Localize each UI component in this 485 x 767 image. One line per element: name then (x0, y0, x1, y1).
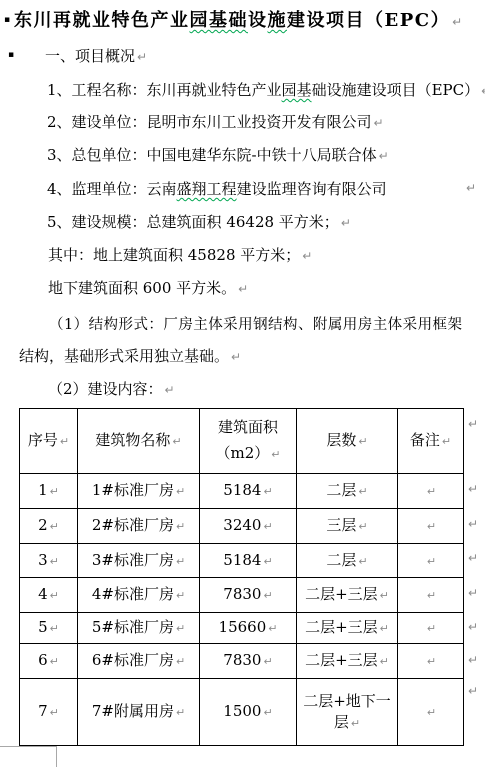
cell-name[interactable]: 2#标准厂房↵ (78, 509, 200, 544)
cell-text: 1 (38, 481, 48, 499)
cell-text: 3 (38, 551, 48, 569)
cell-mark-icon: ↵ (176, 706, 185, 719)
paragraph-text: 3、总包单位：中国电建华东院-中铁十八局联合体 (47, 146, 377, 164)
cell-mark-icon: ↵ (263, 520, 272, 533)
row-end-mark-icon: ↵ (468, 551, 478, 565)
cell-mark-icon: ↵ (427, 706, 436, 719)
cell-no[interactable]: 2↵ (20, 509, 78, 544)
cell-floors[interactable]: 二层↵ (297, 544, 398, 578)
paragraph-text: 2、建设单位：昆明市东川工业投资开发有限公司 (47, 113, 372, 131)
cell-text: 4 (38, 585, 48, 603)
cell-text: 6#标准厂房 (92, 651, 174, 669)
cell-text: 3240 (223, 516, 261, 534)
table-row: 3↵ 3#标准厂房↵ 5184↵ 二层↵ ↵ (20, 544, 464, 578)
cell-floors[interactable]: 二层+三层↵ (297, 644, 398, 679)
cell-text: 5 (38, 618, 48, 636)
header-text: 建筑物名称 (95, 431, 170, 449)
cell-mark-icon: ↵ (380, 622, 389, 635)
cell-text: 7#附属用房 (92, 702, 174, 720)
row-end-mark-icon: ↵ (468, 653, 478, 667)
paragraph-above-ground-area: 其中：地上建筑面积 45828 平方米；↵ (48, 244, 312, 267)
cell-mark-icon: ↵ (176, 655, 185, 668)
cell-area[interactable]: 5184↵ (200, 544, 297, 578)
cell-mark-icon: ↵ (268, 622, 277, 635)
cell-area[interactable]: 15660↵ (200, 613, 297, 644)
cell-name[interactable]: 6#标准厂房↵ (78, 644, 200, 679)
cell-note[interactable]: ↵ (398, 578, 464, 613)
cell-mark-icon: ↵ (358, 485, 367, 498)
cell-name[interactable]: 4#标准厂房↵ (78, 578, 200, 613)
row-end-mark-icon: ↵ (468, 482, 478, 496)
paragraph-text: 1、工程名称：东川再就业特色产业 (47, 81, 282, 99)
row-end-mark-icon: ↵ (468, 586, 478, 600)
cell-note[interactable]: ↵ (398, 474, 464, 509)
cell-mark-icon: ↵ (427, 655, 436, 668)
cell-note[interactable]: ↵ (398, 644, 464, 679)
table-row: 1↵ 1#标准厂房↵ 5184↵ 二层↵ ↵ (20, 474, 464, 509)
cell-text: 2#标准厂房 (92, 516, 174, 534)
cell-mark-icon: ↵ (263, 485, 272, 498)
table-header-row: 序号↵ 建筑物名称↵ 建筑面积（m2）↵ 层数↵ 备注↵ (20, 409, 464, 474)
paragraph-mark-icon: ↵ (341, 216, 351, 230)
cell-area[interactable]: 5184↵ (200, 474, 297, 509)
cell-mark-icon: ↵ (50, 589, 59, 602)
header-text: 序号 (28, 431, 58, 449)
paragraph-mark-icon: ↵ (165, 383, 175, 397)
header-cell-floors[interactable]: 层数↵ (297, 409, 398, 474)
paragraph-structure-line2: 结构，基础形式采用独立基础。↵ (19, 345, 241, 368)
cell-name[interactable]: 1#标准厂房↵ (78, 474, 200, 509)
cell-floors[interactable]: 三层↵ (297, 509, 398, 544)
cell-note[interactable]: ↵ (398, 544, 464, 578)
cell-mark-icon: ↵ (50, 622, 59, 635)
header-text: 层数 (326, 431, 356, 449)
paragraph-mark-icon: ↵ (302, 249, 312, 263)
header-cell-name[interactable]: 建筑物名称↵ (78, 409, 200, 474)
paragraph-mark-icon: ↵ (238, 282, 248, 296)
cell-mark-icon: ↵ (50, 520, 59, 533)
cell-mark-icon: ↵ (263, 655, 272, 668)
cell-floors[interactable]: 二层+三层↵ (297, 613, 398, 644)
cell-mark-icon: ↵ (358, 555, 367, 568)
cell-mark-icon: ↵ (50, 655, 59, 668)
cell-name[interactable]: 7#附属用房↵ (78, 679, 200, 746)
paragraph-text: 结构，基础形式采用独立基础。 (19, 347, 229, 365)
header-cell-note[interactable]: 备注↵ (398, 409, 464, 474)
paragraph-mark-icon: ↵ (452, 15, 462, 29)
paragraph-scale: 5、建设规模：总建筑面积 46428 平方米；↵ (47, 211, 351, 234)
cell-mark-icon: ↵ (172, 435, 181, 448)
cell-text: 3#标准厂房 (92, 551, 174, 569)
paragraph-text: 其中：地上建筑面积 45828 平方米； (48, 246, 300, 264)
cell-mark-icon: ↵ (271, 448, 280, 461)
cell-mark-icon: ↵ (176, 555, 185, 568)
paragraph-text: 建设监理咨询有限公司 (237, 180, 387, 198)
cell-mark-icon: ↵ (60, 435, 69, 448)
cell-mark-icon: ↵ (351, 717, 360, 730)
paragraph-mark-icon: ↵ (137, 50, 147, 64)
paragraph-mark-icon: ↵ (374, 116, 384, 130)
cell-mark-icon: ↵ (50, 485, 59, 498)
cell-mark-icon: ↵ (50, 706, 59, 719)
header-cell-area[interactable]: 建筑面积（m2）↵ (200, 409, 297, 474)
paragraph-contractor-unit: 3、总包单位：中国电建华东院-中铁十八局联合体↵ (47, 144, 389, 167)
keep-with-next-square-icon: ▪ (4, 16, 10, 25)
paragraph-structure-line1: （1）结构形式：厂房主体采用钢结构、附属用房主体采用框架 (49, 314, 462, 336)
cell-name[interactable]: 5#标准厂房↵ (78, 613, 200, 644)
paragraph-text: （1）结构形式：厂房主体采用钢结构、附属用房主体采用框架 (49, 317, 462, 333)
paragraph-below-ground-area: 地下建筑面积 600 平方米。↵ (48, 277, 248, 300)
cell-mark-icon: ↵ (263, 555, 272, 568)
cell-mark-icon: ↵ (380, 655, 389, 668)
cell-name[interactable]: 3#标准厂房↵ (78, 544, 200, 578)
title-text: 设 (248, 10, 268, 31)
cell-mark-icon: ↵ (358, 520, 367, 533)
cell-note[interactable]: ↵ (398, 679, 464, 746)
paragraph-text: （2）建设内容： (48, 380, 163, 398)
buildings-table-wrap: 序号↵ 建筑物名称↵ 建筑面积（m2）↵ 层数↵ 备注↵ 1↵ 1#标准厂房↵ … (19, 408, 481, 748)
cell-no[interactable]: 4↵ (20, 578, 78, 613)
paragraph-owner-unit: 2、建设单位：昆明市东川工业投资开发有限公司↵ (47, 111, 384, 134)
paragraph-text: 地下建筑面积 600 平方米。 (48, 279, 236, 297)
cell-mark-icon: ↵ (380, 589, 389, 602)
row-end-mark-icon: ↵ (468, 517, 478, 531)
cell-area[interactable]: 1500↵ (200, 679, 297, 746)
cell-floors[interactable]: 二层+地下一层↵ (297, 679, 398, 746)
cell-mark-icon: ↵ (176, 485, 185, 498)
paragraph-mark-icon: ↵ (466, 181, 476, 195)
cell-mark-icon: ↵ (427, 520, 436, 533)
row-end-mark-icon: ↵ (468, 417, 478, 431)
row-end-mark-icon: ↵ (468, 684, 478, 698)
title-text: 东川再就业特色产业 (14, 10, 190, 31)
cell-text: 二层 (326, 551, 356, 569)
cell-text: 二层+地下一层 (303, 692, 391, 731)
cell-text: 二层 (326, 481, 356, 499)
cell-text: 6 (38, 651, 48, 669)
cell-text: 1#标准厂房 (92, 481, 174, 499)
paragraph-mark-icon: ↵ (231, 350, 241, 364)
page-margin-cropmark-horizontal (0, 746, 57, 747)
header-text: （m2） (216, 444, 270, 462)
cell-mark-icon: ↵ (427, 555, 436, 568)
paragraph-text-misspelled: 盛翔工程 (177, 180, 237, 198)
table-row: 4↵ 4#标准厂房↵ 7830↵ 二层+三层↵ ↵ (20, 578, 464, 613)
cell-area[interactable]: 3240↵ (200, 509, 297, 544)
cell-text: 7830 (223, 651, 261, 669)
section-heading-overview: 一、项目概况↵ (45, 45, 147, 68)
cell-text: 三层 (326, 516, 356, 534)
cell-note[interactable]: ↵ (398, 613, 464, 644)
cell-mark-icon: ↵ (427, 589, 436, 602)
table-row: 2↵ 2#标准厂房↵ 3240↵ 三层↵ ↵ (20, 509, 464, 544)
cell-text: 7830 (223, 585, 261, 603)
cell-text: 4#标准厂房 (92, 585, 174, 603)
heading-text: 一、项目概况 (45, 47, 135, 65)
cell-mark-icon: ↵ (427, 622, 436, 635)
title-text-misspelled: 园基础 (190, 10, 249, 31)
cell-text: 2 (38, 516, 48, 534)
cell-mark-icon: ↵ (442, 435, 451, 448)
cell-mark-icon: ↵ (427, 485, 436, 498)
cell-text: 二层+三层 (305, 651, 378, 669)
cell-text: 5184 (223, 551, 261, 569)
title-text-misspelled: 施 (268, 10, 288, 31)
cell-no[interactable]: 3↵ (20, 544, 78, 578)
paragraph-text: 础设施建设项目（EPC） (312, 81, 480, 99)
cell-text: 1500 (223, 702, 261, 720)
table-row: 7↵ 7#附属用房↵ 1500↵ 二层+地下一层↵ ↵ (20, 679, 464, 746)
cell-no[interactable]: 5↵ (20, 613, 78, 644)
cell-mark-icon: ↵ (358, 435, 367, 448)
paragraph-text: 4、监理单位：云南 (47, 180, 177, 198)
paragraph-supervisor-unit: 4、监理单位：云南盛翔工程建设监理咨询有限公司 (47, 178, 387, 200)
cell-text: 5184 (223, 481, 261, 499)
paragraph-text: 5、建设规模：总建筑面积 46428 平方米； (47, 213, 339, 231)
cell-mark-icon: ↵ (263, 589, 272, 602)
cell-area[interactable]: 7830↵ (200, 644, 297, 679)
paragraph-construction-content: （2）建设内容：↵ (48, 378, 175, 401)
table-row: 6↵ 6#标准厂房↵ 7830↵ 二层+三层↵ ↵ (20, 644, 464, 679)
cell-floors[interactable]: 二层+三层↵ (297, 578, 398, 613)
cell-mark-icon: ↵ (176, 589, 185, 602)
cell-note[interactable]: ↵ (398, 509, 464, 544)
header-cell-no[interactable]: 序号↵ (20, 409, 78, 474)
paragraph-mark-icon: ↵ (481, 84, 485, 98)
cell-text: 二层+三层 (305, 618, 378, 636)
cell-floors[interactable]: 二层↵ (297, 474, 398, 509)
document-title: 东川再就业特色产业园基础设施建设项目（EPC）↵ (14, 7, 462, 36)
title-text: 建设项目（EPC） (287, 10, 450, 31)
cell-no[interactable]: 1↵ (20, 474, 78, 509)
cell-no[interactable]: 7↵ (20, 679, 78, 746)
cell-area[interactable]: 7830↵ (200, 578, 297, 613)
cell-text: 二层+三层 (305, 585, 378, 603)
cell-no[interactable]: 6↵ (20, 644, 78, 679)
header-text: 建筑面积 (218, 418, 278, 436)
row-end-mark-icon: ↵ (468, 620, 478, 634)
keep-with-next-square-icon: ▪ (8, 51, 14, 60)
header-text: 备注 (410, 431, 440, 449)
cell-mark-icon: ↵ (176, 520, 185, 533)
page-margin-cropmark-vertical (56, 746, 57, 767)
cell-text: 5#标准厂房 (92, 618, 174, 636)
cell-mark-icon: ↵ (263, 706, 272, 719)
cell-mark-icon: ↵ (50, 555, 59, 568)
buildings-table[interactable]: 序号↵ 建筑物名称↵ 建筑面积（m2）↵ 层数↵ 备注↵ 1↵ 1#标准厂房↵ … (19, 408, 464, 746)
cell-text: 15660 (219, 618, 267, 636)
cell-text: 7 (38, 702, 48, 720)
paragraph-mark-icon: ↵ (379, 149, 389, 163)
word-document-page[interactable]: ▪ 东川再就业特色产业园基础设施建设项目（EPC）↵ ▪ 一、项目概况↵ 1、工… (0, 0, 485, 767)
paragraph-project-name: 1、工程名称：东川再就业特色产业园基础设施建设项目（EPC）↵ (47, 79, 485, 102)
table-row: 5↵ 5#标准厂房↵ 15660↵ 二层+三层↵ ↵ (20, 613, 464, 644)
cell-mark-icon: ↵ (176, 622, 185, 635)
paragraph-text-misspelled: 园基 (282, 81, 312, 99)
